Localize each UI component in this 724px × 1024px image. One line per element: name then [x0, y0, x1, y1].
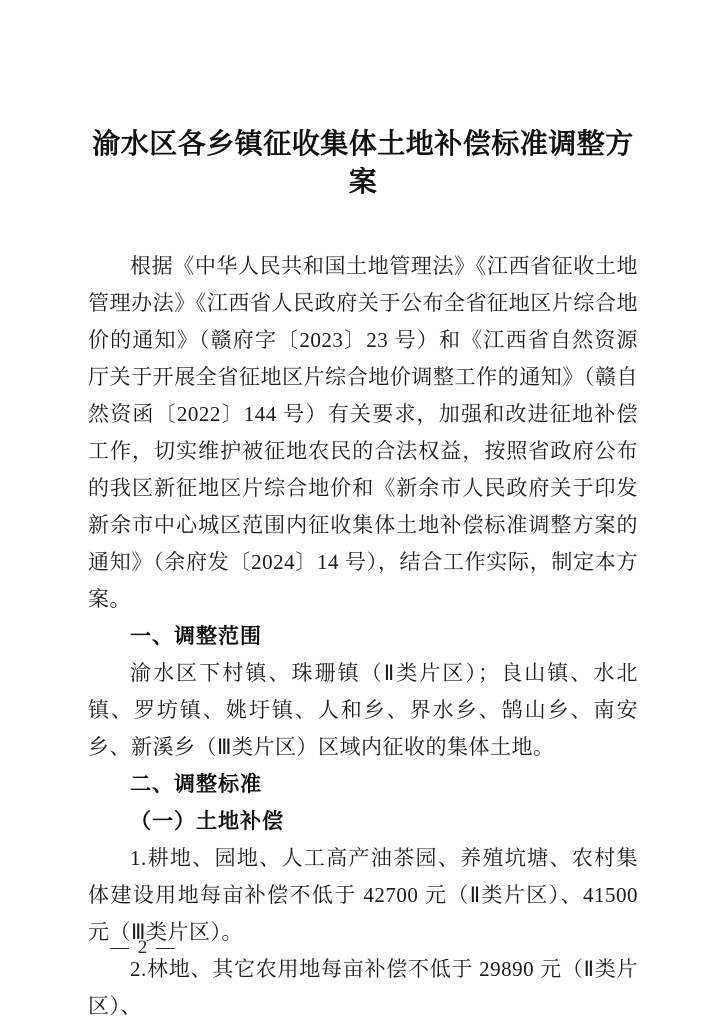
document-body: 根据《中华人民共和国土地管理法》《江西省征收土地管理办法》《江西省人民政府关于公… — [88, 248, 638, 1024]
page-number: — 2 — — [110, 936, 177, 960]
section-heading-standards: 二、调整标准 — [88, 766, 638, 803]
subsection-heading-land-compensation: （一）土地补偿 — [88, 803, 638, 840]
section-heading-scope: 一、调整范围 — [88, 618, 638, 655]
document-content: 渝水区各乡镇征收集体土地补偿标准调整方案 根据《中华人民共和国土地管理法》《江西… — [88, 0, 638, 1024]
compensation-item-1: 1.耕地、园地、人工高产油茶园、养殖坑塘、农村集体建设用地每亩补偿不低于 427… — [88, 840, 638, 951]
document-title: 渝水区各乡镇征收集体土地补偿标准调整方案 — [88, 126, 638, 202]
intro-paragraph: 根据《中华人民共和国土地管理法》《江西省征收土地管理办法》《江西省人民政府关于公… — [88, 248, 638, 618]
scope-paragraph: 渝水区下村镇、珠珊镇（Ⅱ类片区）；良山镇、水北镇、罗坊镇、姚圩镇、人和乡、界水乡… — [88, 655, 638, 766]
compensation-item-2: 2.林地、其它农用地每亩补偿不低于 29890 元（Ⅱ类片区）、 — [88, 951, 638, 1024]
document-page: 渝水区各乡镇征收集体土地补偿标准调整方案 根据《中华人民共和国土地管理法》《江西… — [0, 0, 724, 1024]
